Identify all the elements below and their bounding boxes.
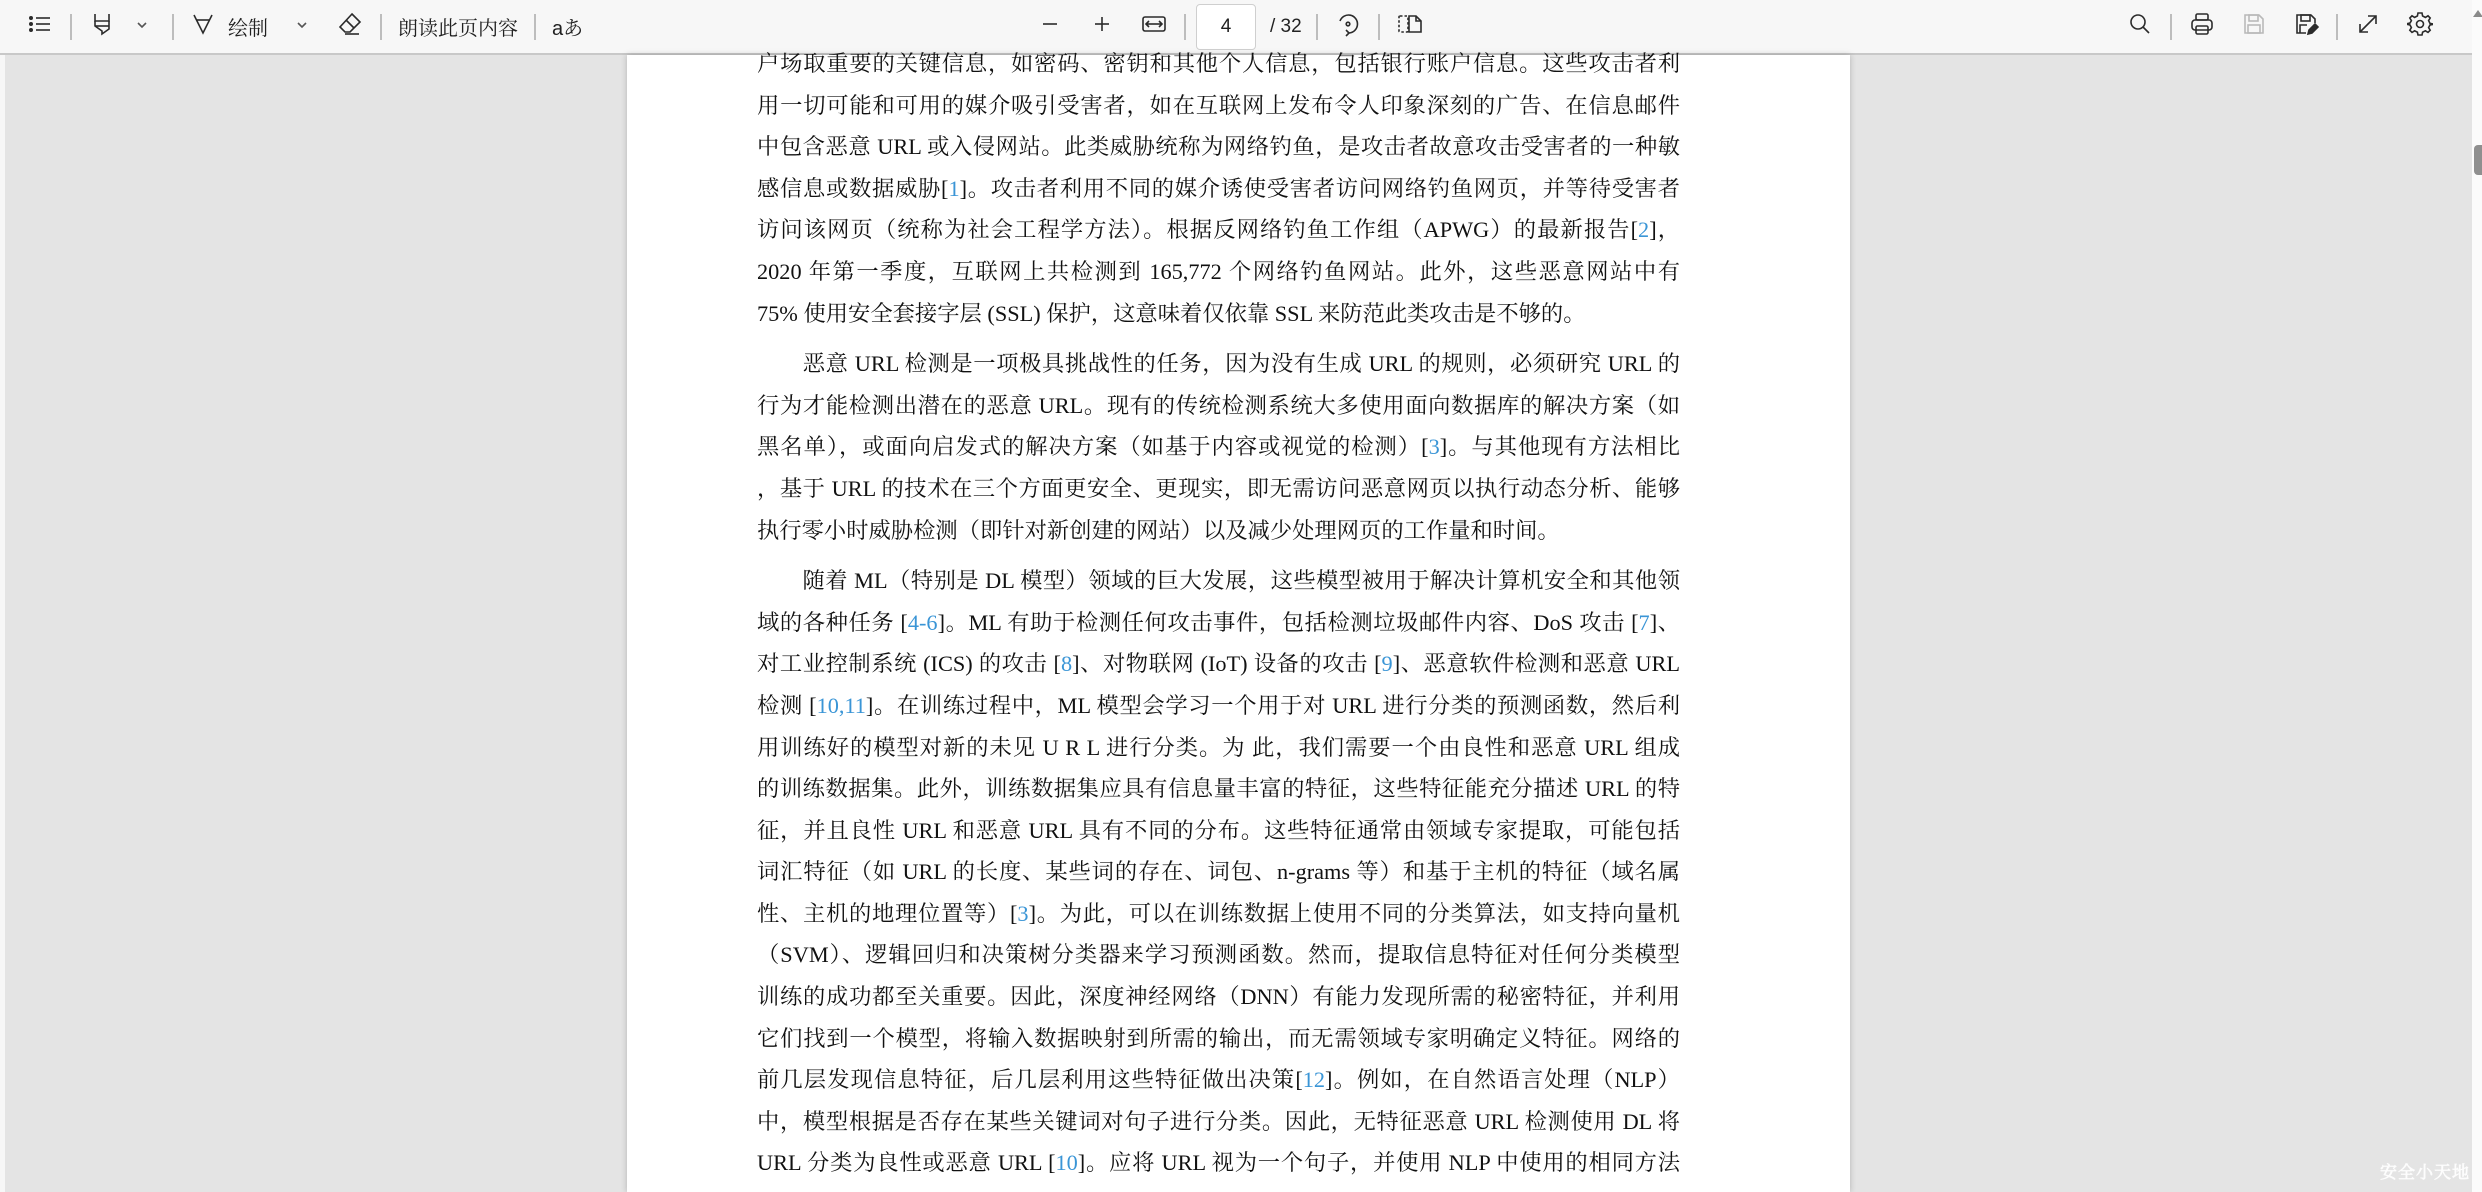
text-line: 2020 年第一季度，互联网上共检测到 165,772 个网络钓鱼网站。此外，这… [757,251,1680,293]
text-line: 恶意 URL 检测是一项极具挑战性的任务，因为没有生成 URL 的规则，必须研究… [757,343,1680,385]
scrollbar-thumb[interactable] [2474,145,2482,175]
print-button[interactable] [2182,7,2222,47]
text-run: 中，模型根据是否存在某些关键词对句子进行分类。因此，无特征恶意 URL 检测使用… [757,1109,1680,1134]
scroll-up-arrow-icon[interactable] [2473,10,2482,17]
zoom-out-button[interactable] [1030,7,1070,47]
text-run: ]、恶意软件检测和恶意 URL [1393,651,1680,676]
citation-link[interactable]: 7 [1639,610,1650,635]
text-line: 黑名单），或面向启发式的解决方案（如基于内容或视觉的检测）[3]。与其他现有方法… [757,426,1680,468]
highlight-options-dropdown[interactable] [122,7,162,47]
text-run: 中包含恶意 URL 或入侵网站。此类威胁统称为网络钓鱼，是攻击者故意攻击受害者的… [757,134,1680,159]
citation-link[interactable]: 8 [1061,651,1072,676]
list-icon [27,11,53,43]
text-run: ]、 [1650,610,1680,635]
fit-to-width-button[interactable] [1134,7,1174,47]
zoom-in-button[interactable] [1082,7,1122,47]
text-line: 对工业控制系统 (ICS) 的攻击 [8]、对物联网 (IoT) 设备的攻击 [… [757,643,1680,685]
toolbar-separator [172,14,174,40]
text-line: 训练的成功都至关重要。因此，深度神经网络（DNN）有能力发现所需的秘密特征，并利… [757,976,1680,1018]
text-run: 词汇特征（如 URL 的长度、某些词的存在、词包、n-grams 等）和基于主机… [757,859,1680,884]
text-run: ]。应将 URL 视为一个句子，并使用 NLP 中使用的相同方法 [1078,1150,1680,1175]
citation-link[interactable]: 2 [1638,217,1649,242]
paragraph: 户场取重要的关键信息，如密码、密钥和其他个人信息，包括银行账户信息。这些攻击者利… [757,43,1680,334]
document-canvas[interactable]: 户场取重要的关键信息，如密码、密钥和其他个人信息，包括银行账户信息。这些攻击者利… [5,55,2472,1192]
search-button[interactable] [2120,7,2160,47]
text-run: 训练的成功都至关重要。因此，深度神经网络（DNN）有能力发现所需的秘密特征，并利… [757,984,1680,1009]
vertical-scrollbar[interactable] [2472,0,2482,1192]
pen-draw-icon [190,11,216,43]
citation-link[interactable]: 10,11 [817,693,866,718]
text-run: 检测 [ [757,693,817,718]
citation-link[interactable]: 3 [1017,901,1028,926]
text-line: ，基于 URL 的技术在三个方面更安全、更现实，即无需访问恶意网页以执行动态分析… [757,468,1680,510]
draw-button[interactable]: 绘制 [184,7,274,47]
text-line: 用一切可能和可用的媒介吸引受害者，如在互联网上发布令人印象深刻的广告、在信息邮件 [757,85,1680,127]
toolbar-separator [380,14,382,40]
text-options-icon: aあ [552,12,583,41]
text-line: 征，并且良性 URL 和恶意 URL 具有不同的分布。这些特征通常由领域专家提取… [757,810,1680,852]
save-icon [2241,11,2267,43]
highlighter-icon [89,11,115,43]
settings-button[interactable] [2400,7,2440,47]
fit-width-icon [1141,11,1167,43]
text-line: 域的各种任务 [4-6]。ML 有助于检测任何攻击事件，包括检测垃圾邮件内容、D… [757,602,1680,644]
text-run: ]， [1649,217,1680,242]
paragraph-gap [757,334,1680,343]
expand-icon [2355,11,2381,43]
rotate-button[interactable] [1328,7,1368,47]
citation-link[interactable]: 4-6 [908,610,938,635]
draw-label: 绘制 [228,12,268,41]
toolbar-separator [2336,14,2338,40]
text-run: 黑名单），或面向启发式的解决方案（如基于内容或视觉的检测）[ [757,434,1429,459]
text-line: 行为才能检测出潜在的恶意 URL。现有的传统检测系统大多使用面向数据库的解决方案… [757,385,1680,427]
text-run: ]。在训练过程中，ML 模型会学习一个用于对 URL 进行分类的预测函数，然后利 [866,693,1680,718]
text-run: ]、对物联网 (IoT) 设备的攻击 [ [1072,651,1381,676]
text-line: 检测 [10,11]。在训练过程中，ML 模型会学习一个用于对 URL 进行分类… [757,685,1680,727]
text-run: 它们找到一个模型，将输入数据映射到所需的输出，而无需领域专家明确定义特征。网络的 [757,1026,1680,1051]
text-run: 的训练数据集。此外，训练数据集应具有信息量丰富的特征，这些特征能充分描述 URL… [757,776,1680,801]
toolbar-left-group: 绘制 朗读此页内容 aあ [20,0,589,53]
highlight-button[interactable] [82,7,122,47]
erase-button[interactable] [330,7,370,47]
page-body-text: 户场取重要的关键信息，如密码、密钥和其他个人信息，包括银行账户信息。这些攻击者利… [757,43,1680,1184]
text-line: 访问该网页（统称为社会工程学方法）。根据反网络钓鱼工作组（APWG）的最新报告[… [757,209,1680,251]
text-line: 用训练好的模型对新的未见 U R L 进行分类。为 此，我们需要一个由良性和恶意… [757,727,1680,769]
page-total: / 32 [1270,16,1302,38]
save-as-button[interactable] [2286,7,2326,47]
text-run: 用一切可能和可用的媒介吸引受害者，如在互联网上发布令人印象深刻的广告、在信息邮件 [757,93,1680,118]
fullscreen-button[interactable] [2348,7,2388,47]
text-line: 词汇特征（如 URL 的长度、某些词的存在、词包、n-grams 等）和基于主机… [757,851,1680,893]
citation-link[interactable]: 10 [1056,1150,1078,1175]
text-line: 中包含恶意 URL 或入侵网站。此类威胁统称为网络钓鱼，是攻击者故意攻击受害者的… [757,126,1680,168]
text-run: ]。与其他现有方法相比 [1440,434,1680,459]
toolbar-separator [534,14,536,40]
text-line: 感信息或数据威胁[1]。攻击者利用不同的媒介诱使受害者访问网络钓鱼网页，并等待受… [757,168,1680,210]
draw-options-dropdown[interactable] [282,7,322,47]
pdf-page: 户场取重要的关键信息，如密码、密钥和其他个人信息，包括银行账户信息。这些攻击者利… [627,55,1850,1192]
citation-link[interactable]: 3 [1429,434,1440,459]
toolbar-separator [1184,14,1186,40]
text-run: ，基于 URL 的技术在三个方面更安全、更现实，即无需访问恶意网页以执行动态分析… [757,476,1680,501]
text-run: 访问该网页（统称为社会工程学方法）。根据反网络钓鱼工作组（APWG）的最新报告[ [757,217,1638,242]
text-run: 执行零小时威胁检测（即针对新创建的网站）以及减少处理网页的工作量和时间。 [757,518,1560,543]
plus-icon [1089,11,1115,43]
text-run: 户场取重要的关键信息，如密码、密钥和其他个人信息，包括银行账户信息。这些攻击者利 [757,51,1680,76]
read-aloud-button[interactable]: 朗读此页内容 [392,7,524,47]
text-line: 执行零小时威胁检测（即针对新创建的网站）以及减少处理网页的工作量和时间。 [757,510,1680,552]
text-run: 用训练好的模型对新的未见 U R L 进行分类。为 此，我们需要一个由良性和恶意… [757,735,1680,760]
citation-link[interactable]: 9 [1382,651,1393,676]
toolbar-separator [2170,14,2172,40]
text-line: 75% 使用安全套接字层 (SSL) 保护，这意味着仅依靠 SSL 来防范此类攻… [757,293,1680,335]
toolbar-right-group [2120,0,2440,53]
text-run: 行为才能检测出潜在的恶意 URL。现有的传统检测系统大多使用面向数据库的解决方案… [757,393,1680,418]
toolbar-separator [70,14,72,40]
watermark: 安全小天地 [2380,1158,2470,1183]
text-line: 的训练数据集。此外，训练数据集应具有信息量丰富的特征，这些特征能充分描述 URL… [757,768,1680,810]
toolbar-separator [1378,14,1380,40]
citation-link[interactable]: 12 [1303,1067,1325,1092]
text-run: 感信息或数据威胁 [757,176,941,201]
text-run: 随着 ML（特别是 DL 模型）领域的巨大发展，这些模型被用于解决计算机安全和其… [757,568,1680,593]
chevron-down-icon [135,15,149,38]
gear-icon [2407,11,2433,43]
minus-icon [1037,11,1063,43]
toolbar-separator [1316,14,1318,40]
read-aloud-label: 朗读此页内容 [398,12,518,41]
text-run: ]。ML 有助于检测任何攻击事件，包括检测垃圾邮件内容、DoS 攻击 [ [938,610,1639,635]
paragraph: 随着 ML（特别是 DL 模型）领域的巨大发展，这些模型被用于解决计算机安全和其… [757,560,1680,1184]
text-run: 对工业控制系统 (ICS) 的攻击 [ [757,651,1061,676]
contents-button[interactable] [20,7,60,47]
paragraph: 恶意 URL 检测是一项极具挑战性的任务，因为没有生成 URL 的规则，必须研究… [757,343,1680,551]
text-line: 它们找到一个模型，将输入数据映射到所需的输出，而无需领域专家明确定义特征。网络的 [757,1018,1680,1060]
save-button[interactable] [2234,7,2274,47]
eraser-icon [337,11,363,43]
paragraph-gap [757,551,1680,560]
page-view-icon [1397,11,1423,43]
chevron-down-icon [295,15,309,38]
text-line: 随着 ML（特别是 DL 模型）领域的巨大发展，这些模型被用于解决计算机安全和其… [757,560,1680,602]
text-options-button[interactable]: aあ [546,7,589,47]
text-run: URL 分类为良性或恶意 URL [ [757,1150,1056,1175]
search-icon [2127,11,2153,43]
text-run: 性、主机的地理位置等）[ [757,901,1017,926]
text-line: 前几层发现信息特征，后几层利用这些特征做出决策[12]。例如，在自然语言处理（N… [757,1059,1680,1101]
text-run: 2020 年第一季度，互联网上共检测到 165,772 个网络钓鱼网站。此外，这… [757,259,1680,284]
text-run: 前几层发现信息特征，后几层利用这些特征做出决策[ [757,1067,1303,1092]
text-line: 性、主机的地理位置等）[3]。为此，可以在训练数据上使用不同的分类算法，如支持向… [757,893,1680,935]
text-line: （SVM）、逻辑回归和决策树分类器来学习预测函数。然而，提取信息特征对任何分类模… [757,934,1680,976]
rotate-icon [1335,11,1361,43]
text-run: ]。攻击者利用不同的媒介诱使受害者访问网络钓鱼网页，并等待受害者 [960,176,1680,201]
text-run: 域的各种任务 [ [757,610,908,635]
citation-link[interactable]: 1 [948,176,959,201]
printer-icon [2189,11,2215,43]
text-line: 户场取重要的关键信息，如密码、密钥和其他个人信息，包括银行账户信息。这些攻击者利 [757,43,1680,85]
text-run: （SVM）、逻辑回归和决策树分类器来学习预测函数。然而，提取信息特征对任何分类模… [757,942,1680,967]
text-run: ]。例如，在自然语言处理（NLP） [1325,1067,1680,1092]
save-as-icon [2293,11,2319,43]
text-line: 中，模型根据是否存在某些关键词对句子进行分类。因此，无特征恶意 URL 检测使用… [757,1101,1680,1143]
text-run: 征，并且良性 URL 和恶意 URL 具有不同的分布。这些特征通常由领域专家提取… [757,818,1680,843]
page-view-button[interactable] [1390,7,1430,47]
text-run: 恶意 URL 检测是一项极具挑战性的任务，因为没有生成 URL 的规则，必须研究… [757,351,1680,376]
text-run: 75% 使用安全套接字层 (SSL) 保护，这意味着仅依靠 SSL 来防范此类攻… [757,301,1586,326]
text-line: URL 分类为良性或恶意 URL [10]。应将 URL 视为一个句子，并使用 … [757,1142,1680,1184]
text-run: ]。为此，可以在训练数据上使用不同的分类算法，如支持向量机 [1029,901,1680,926]
